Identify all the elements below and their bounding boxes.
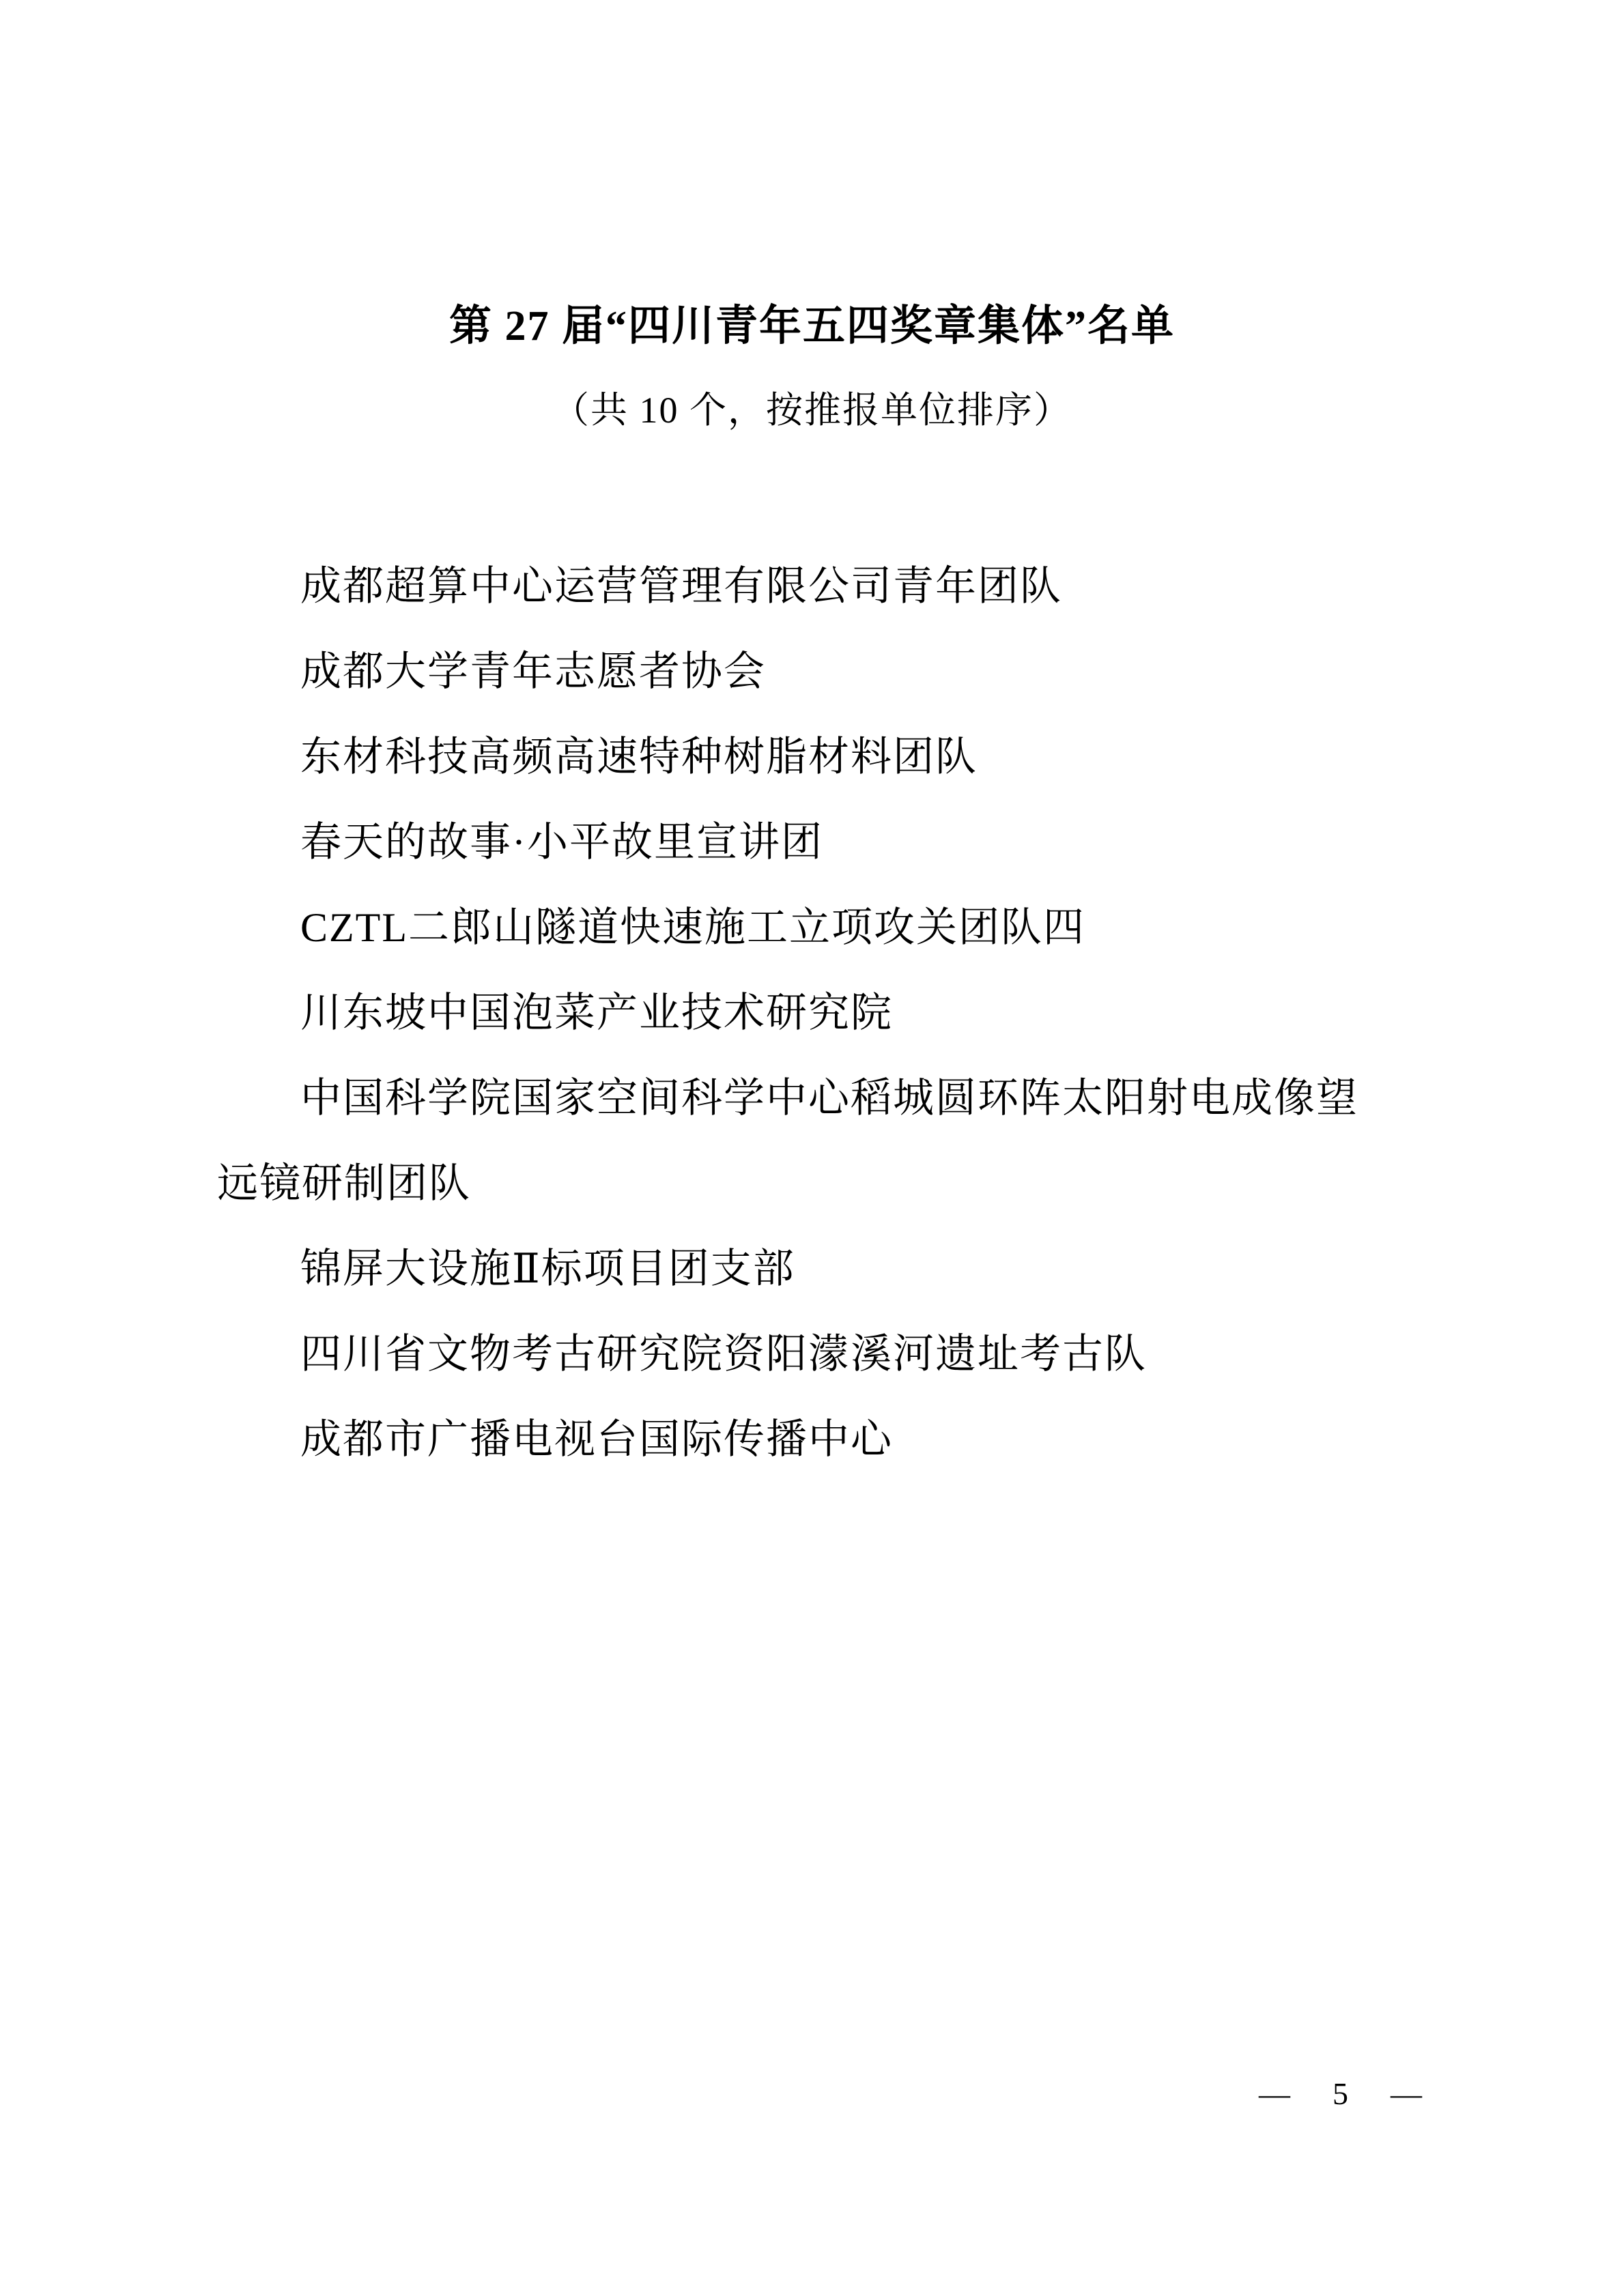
list-item-2: 成都大学青年志愿者协会: [217, 629, 1419, 715]
document-page: 第 27 届“四川青年五四奖章集体”名单 （共 10 个，按推报单位排序） 成都…: [0, 0, 1624, 2296]
page-subtitle: （共 10 个，按推报单位排序）: [0, 382, 1624, 438]
page-number-value: 5: [1333, 2075, 1348, 2113]
awardee-list: 成都超算中心运营管理有限公司青年团队 成都大学青年志愿者协会 东材科技高频高速特…: [217, 544, 1419, 1482]
list-item-7-line-2: 远镜研制团队: [217, 1141, 1419, 1226]
list-item-10: 成都市广播电视台国际传播中心: [217, 1397, 1419, 1482]
list-item-7-line-1: 中国科学院国家空间科学中心稻城圆环阵太阳射电成像望: [217, 1056, 1419, 1141]
page-number-dash-right: —: [1391, 2075, 1422, 2113]
page-number-dash-left: —: [1259, 2075, 1290, 2113]
list-item-9: 四川省文物考古研究院资阳濛溪河遗址考古队: [217, 1312, 1419, 1397]
list-item-5: CZTL二郎山隧道快速施工立项攻关团队四: [217, 885, 1419, 971]
list-item-4: 春天的故事·小平故里宣讲团: [217, 800, 1419, 885]
list-item-1: 成都超算中心运营管理有限公司青年团队: [217, 544, 1419, 629]
list-item-3: 东材科技高频高速特种树脂材料团队: [217, 715, 1419, 800]
list-item-6: 川东坡中国泡菜产业技术研究院: [217, 971, 1419, 1056]
page-title: 第 27 届“四川青年五四奖章集体”名单: [0, 299, 1624, 354]
list-item-8: 锦屏大设施Ⅱ标项目团支部: [217, 1226, 1419, 1312]
page-number: — 5 —: [1259, 2075, 1422, 2113]
